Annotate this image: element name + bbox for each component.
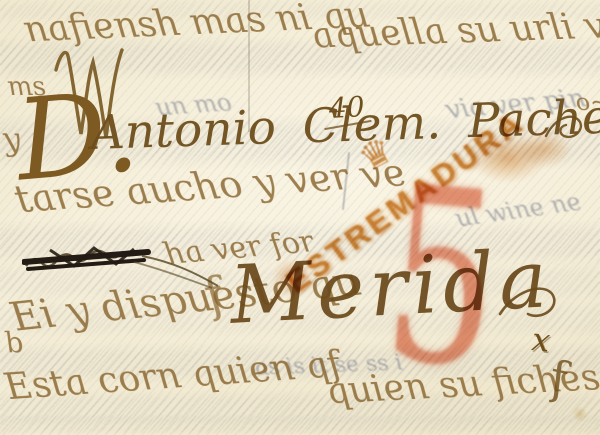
stain-spot [572,406,588,422]
strikeout-scribble [22,240,222,292]
ink-smudge [272,258,312,298]
letter-cover: un mo via ver pin ul wine ne as is it se… [0,0,600,435]
destination-flourish [498,282,562,324]
ink-smudge [515,130,573,168]
rate-numeral-5: 5 [377,154,507,403]
hatch-band [0,414,600,435]
weight-mark: 40 [328,90,365,125]
